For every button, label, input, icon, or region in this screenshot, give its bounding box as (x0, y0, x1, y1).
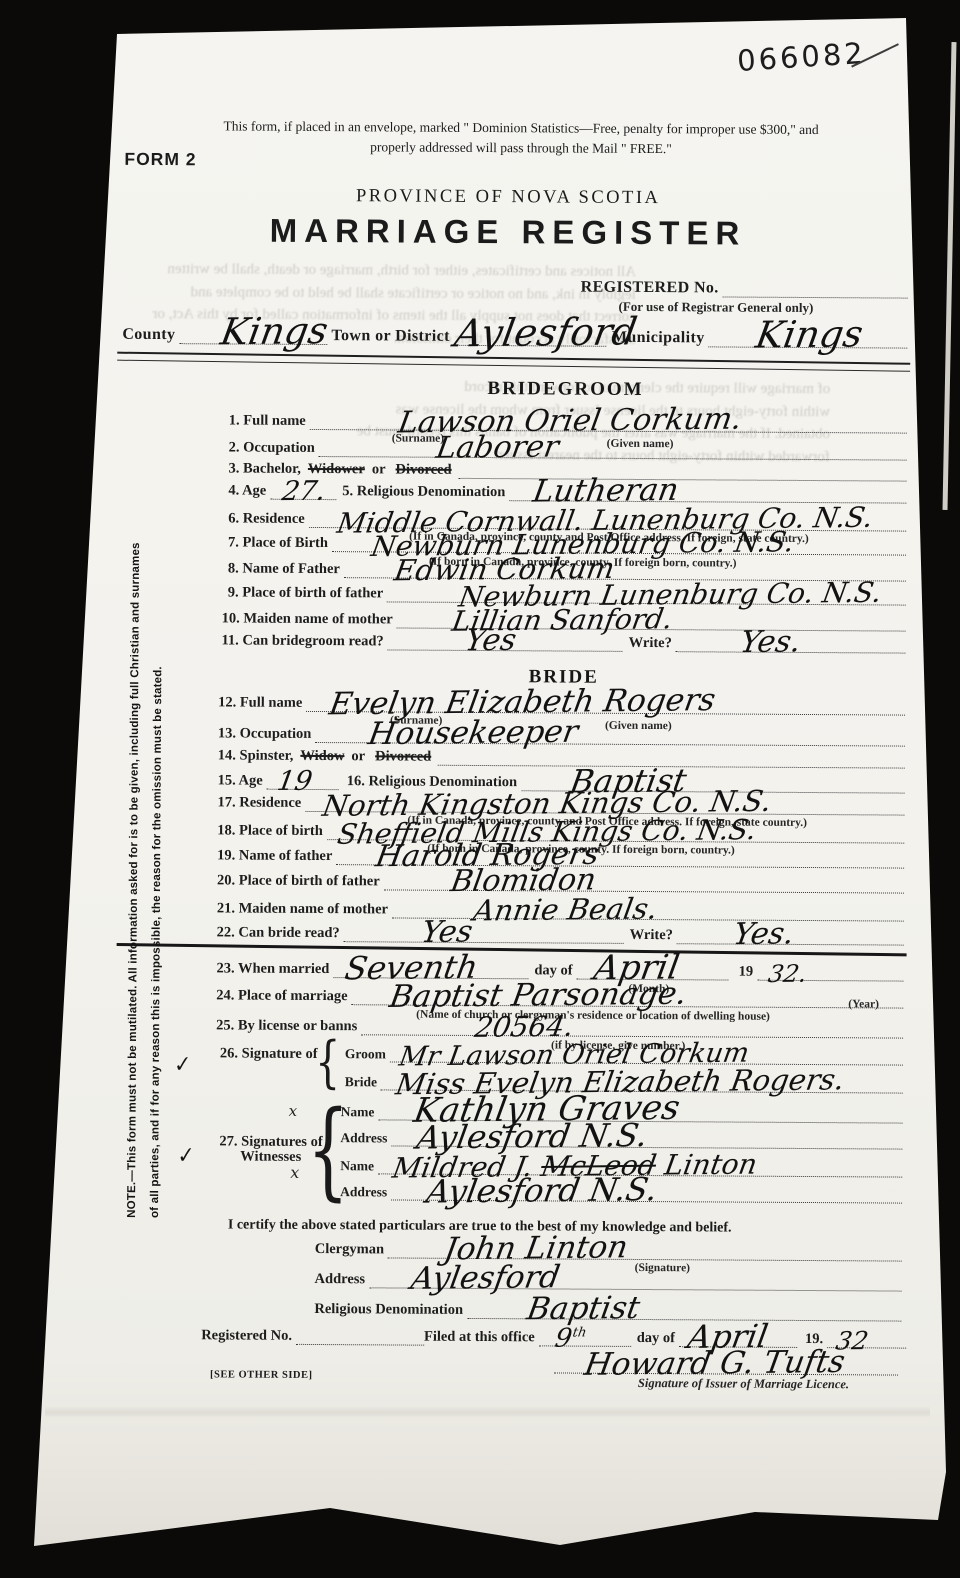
county-line: Kings (179, 323, 327, 345)
province-heading: PROVINCE OF NOVA SCOTIA (143, 185, 873, 210)
groom-father-label: 8. Name of Father (228, 562, 344, 579)
filed-at-office-label: Filed at this office (424, 1330, 539, 1347)
religious-denomination-label: Religious Denomination (314, 1302, 467, 1319)
town-district-line: Aylesford (454, 325, 606, 347)
municipality-handwritten: Kings (753, 315, 865, 353)
filed-day-ordinal: th (571, 1325, 587, 1340)
bride-father-line: Harold Rogers (336, 844, 904, 868)
bride-write-handwritten: Yes. (731, 919, 796, 950)
registered-no-label: REGISTERED No. (581, 279, 723, 297)
bride-age-handwritten: 19 (275, 768, 314, 795)
groom-age-handwritten: 27. (280, 478, 328, 505)
mail-instruction-line1: This form, if placed in an envelope, mar… (154, 118, 889, 138)
groom-fullname-label: 1. Full name (229, 414, 310, 430)
groom-fullname-line: Lawson Oriel Corkum. (310, 409, 907, 434)
place-of-marriage-label: 24. Place of marriage (216, 988, 351, 1005)
filed-day-handwritten: 9th (553, 1325, 588, 1351)
bride-residence-label: 17. Residence (217, 795, 305, 811)
form-number-label: FORM 2 (124, 149, 196, 170)
issuer-signature-line: Howard G. Tufts (554, 1352, 898, 1375)
clergyman-label: Clergyman (315, 1242, 388, 1258)
bride-residence-line: North Kingston Kings Co. N.S. (305, 791, 904, 816)
bride-occupation-line: Housekeeper (315, 722, 905, 747)
scanned-page-background: { "scan": { "serial_number": "066082" },… (0, 0, 960, 1578)
mail-instruction-line2: properly addressed will pass through the… (153, 138, 888, 158)
sidebar-mutilation-note: NOTE.—This form must not be mutilated. A… (121, 540, 183, 1218)
groom-status-or: or (372, 462, 390, 478)
clergyman-line: John Linton (388, 1237, 902, 1261)
bride-fullname-line: Evelyn Elizabeth Rogers (306, 691, 905, 716)
bride-father-birthplace-label: 20. Place of birth of father (217, 873, 384, 890)
bride-can-read-label: 22. Can bride read? (217, 925, 344, 942)
filed-day-line: 9th (539, 1325, 631, 1347)
witness2-address-handwritten: Aylesford N.S. (424, 1173, 660, 1208)
when-married-day-line: Seventh (333, 957, 528, 979)
religious-denomination-handwritten: Baptist (525, 1293, 642, 1325)
license-number-handwritten: 20564. (473, 1013, 576, 1042)
bride-father-birthplace-line: Blomidon (384, 869, 904, 893)
witness2-name-part2: Linton (654, 1148, 760, 1182)
registrar-general-note: (For use of Registrar General only) (618, 300, 813, 314)
year-prefix-printed: 19 (729, 965, 758, 981)
ghost-line: legibly in ink, and no notice or certifi… (153, 280, 636, 305)
license-number-line: 20564. (361, 1014, 903, 1038)
see-other-side-note: [SEE OTHER SIDE] (210, 1369, 313, 1381)
filed-day-of-label: day of (631, 1331, 679, 1347)
when-married-year-handwritten: 32. (767, 962, 809, 986)
groom-write-label: Write? (623, 636, 676, 652)
signature-of-label: 26. Signature of (220, 1046, 322, 1063)
issuer-signature-handwritten: Howard G. Tufts (582, 1347, 847, 1381)
clergyman-address-line: Aylesford (369, 1267, 902, 1291)
checkmark-witnesses: ✓ (177, 1142, 195, 1169)
bride-status-label-prefix: 14. Spinster, (218, 748, 298, 764)
clergyman-address-handwritten: Aylesford (409, 1262, 562, 1295)
witness1-address-line: Aylesford N.S. (391, 1125, 902, 1149)
groom-signature-label: Groom (345, 1047, 390, 1062)
bridegroom-section-heading: BRIDEGROOM (224, 376, 907, 402)
groom-religion-label: 5. Religious Denomination (336, 484, 509, 501)
groom-write-handwritten: Yes. (738, 627, 803, 658)
when-married-year-line: 32. (757, 960, 903, 982)
place-of-marriage-handwritten: Baptist Parsonage. (387, 979, 689, 1013)
filed-registered-no-line (296, 1324, 424, 1346)
form-content: All notices and certificates, either for… (0, 0, 960, 1578)
bride-mother-handwritten: Annie Beals. (471, 895, 659, 926)
witness-x-mark-1: x (289, 1102, 298, 1120)
groom-read-handwritten: Yes (463, 626, 518, 657)
groom-father-birthplace-label: 9. Place of birth of father (228, 586, 388, 603)
town-district-label: Town or District (327, 327, 454, 345)
bride-mother-label: 21. Maiden name of mother (217, 901, 392, 918)
groom-birthplace-label: 7. Place of Birth (228, 536, 332, 553)
groom-occupation-handwritten: Laborer (434, 432, 561, 463)
registered-no-line (723, 276, 908, 298)
witness-x-mark-2: x (290, 1163, 299, 1182)
groom-age-line: 27. (270, 479, 336, 500)
religious-denomination-line: Baptist (467, 1298, 901, 1322)
bride-birthplace-label: 18. Place of birth (217, 823, 327, 840)
groom-birthplace-line: Newburn Lunenburg Co. N.S. (332, 531, 906, 556)
bride-write-line: Yes. (677, 923, 904, 945)
page-title: MARRIAGE REGISTER (143, 211, 873, 253)
town-district-handwritten: Aylesford (452, 312, 640, 352)
place-of-marriage-line: Baptist Parsonage. (352, 984, 904, 1008)
bride-fullname-label: 12. Full name (218, 695, 306, 711)
bride-signature-label: Bride (345, 1075, 381, 1090)
clergyman-address-label: Address (315, 1272, 370, 1288)
bride-occupation-label: 13. Occupation (218, 726, 316, 743)
bride-write-label: Write? (624, 928, 677, 944)
serial-number-handwritten: 066082 (736, 36, 867, 78)
municipality-line: Kings (709, 326, 908, 348)
signatures-brace: { (315, 1035, 340, 1091)
groom-can-read-label: 11. Can bridegroom read? (221, 633, 387, 650)
county-label: County (122, 326, 179, 344)
witness2-address-line: Aylesford N.S. (391, 1179, 902, 1203)
groom-residence-label: 6. Residence (228, 512, 309, 528)
groom-mother-label: 10. Maiden name of mother (222, 611, 397, 628)
witnesses-brace: { (307, 1097, 349, 1203)
ghost-line: All notices and certificates, either for… (153, 258, 636, 283)
groom-write-line: Yes. (676, 631, 906, 653)
bride-father-label: 19. Name of father (217, 848, 336, 865)
bride-age-label: 15. Age (218, 773, 267, 789)
bride-read-handwritten: Yes (420, 918, 475, 949)
bride-occupation-handwritten: Housekeeper (366, 717, 580, 750)
county-handwritten: Kings (218, 312, 330, 350)
when-married-label: 23. When married (216, 961, 333, 978)
groom-age-label: 4. Age (228, 484, 270, 500)
groom-occupation-label: 2. Occupation (229, 441, 319, 457)
bride-age-line: 19 (267, 769, 339, 790)
filed-registered-no-label: Registered No. (201, 1328, 296, 1345)
bride-status-widow-struck: Widow (300, 749, 348, 765)
